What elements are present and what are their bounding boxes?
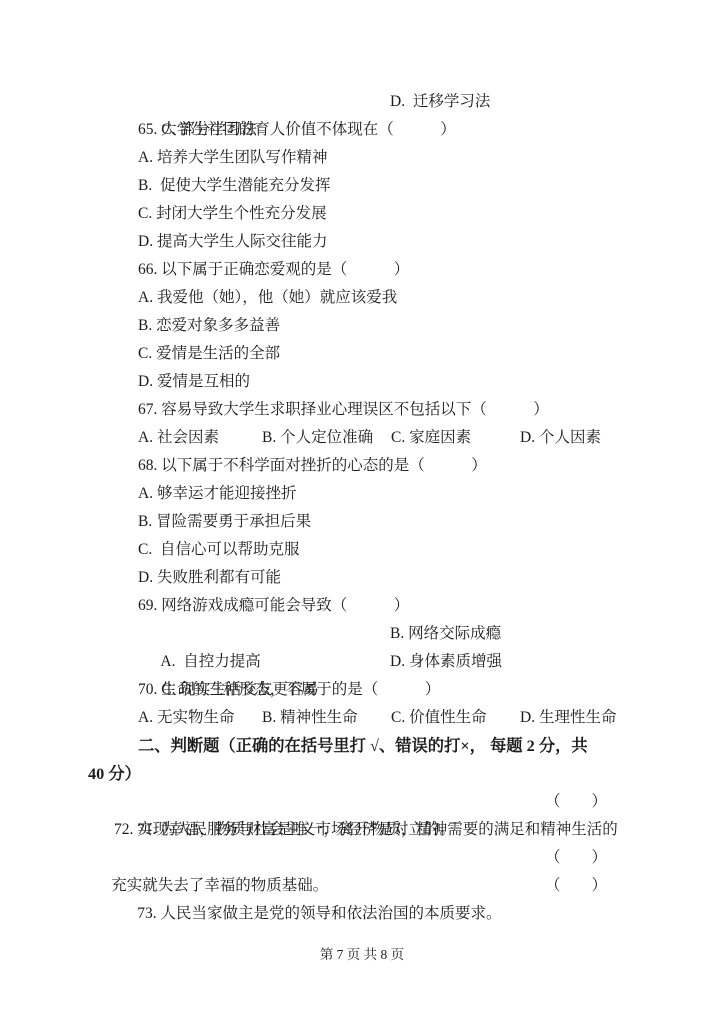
question-73-answer-parentheses: （ ） [545,872,607,900]
question-68-stem: 68. 以下属于不科学面对挫折的心态的是（ ） [0,452,724,480]
question-72-row-line2: 充实就失去了幸福的物质基础。 （ ） [0,844,724,872]
question-71-answer-parentheses: （ ） [545,788,607,816]
question-69-options-ab-row: A. 自控力提高 B. 网络交际成瘾 [0,620,724,648]
question-67-option-c: C. 家庭因素 [391,424,471,452]
question-67-option-a: A. 社会因素 [138,424,219,452]
question-65-option-a: A. 培养大学生团队写作精神 [0,144,724,172]
question-69-option-b: B. 网络交际成瘾 [390,620,501,648]
question-66-option-c: C. 爱情是生活的全部 [0,340,724,368]
judgement-section-heading-line2: 40 分） [0,760,724,788]
question-68-option-a: A. 够幸运才能迎接挫折 [0,480,724,508]
question-66-stem: 66. 以下属于正确恋爱观的是（ ） [0,256,724,284]
question-69-option-d: D. 身体素质增强 [390,648,502,676]
page-number-footer: 第 7 页 共 8 页 [0,941,724,969]
question-70-options-row: A. 无实物生命 B. 精神性生命 C. 价值性生命 D. 生理性生命 [0,704,724,732]
question-73-row: 73. 人民当家做主是党的领导和依法治国的本质要求。 （ ） [0,872,724,900]
question-71-row: 71. 为人民服务与社会主义市场经济是对立的。 （ ） [0,788,724,816]
question-72-answer-parentheses: （ ） [545,844,607,872]
question-72-text-line1: 72. 实现幸福，物质财富是唯一，离开物质，精神需要的满足和精神生活的 [0,816,724,844]
question-65-option-b: B. 促使大学生潜能充分发挥 [0,172,724,200]
question-65-option-d: D. 提高大学生人际交往能力 [0,228,724,256]
question-64-options-cd-row: C. 部分学习法 D. 迁移学习法 [0,88,724,116]
question-68-option-c: C. 自信心可以帮助克服 [0,536,724,564]
exam-page: C. 部分学习法 D. 迁移学习法 65. 大学生社团的育人价值不体现在（ ） … [0,0,724,1024]
judgement-section-heading-line1: 二、判断题（正确的在括号里打 √、错误的打×， 每题 2 分，共 [0,732,724,760]
question-70-option-c: C. 价值性生命 [391,704,487,732]
question-66-option-a: A. 我爱他（她），他（她）就应该爱我 [0,284,724,312]
question-67-option-b: B. 个人定位准确 [262,424,373,452]
question-73-text: 73. 人民当家做主是党的领导和依法治国的本质要求。 [137,905,501,922]
question-70-option-d: D. 生理性生命 [520,704,616,732]
question-65-stem: 65. 大学生社团的育人价值不体现在（ ） [0,116,724,144]
question-67-stem: 67. 容易导致大学生求职择业心理误区不包括以下（ ） [0,396,724,424]
question-65-option-c: C. 封闭大学生个性充分发展 [0,200,724,228]
question-69-options-cd-row: C. 现实生活交友更容易 D. 身体素质增强 [0,648,724,676]
question-67-options-row: A. 社会因素 B. 个人定位准确 C. 家庭因素 D. 个人因素 [0,424,724,452]
question-66-option-d: D. 爱情是互相的 [0,368,724,396]
question-66-option-b: B. 恋爱对象多多益善 [0,312,724,340]
question-70-option-a: A. 无实物生命 [138,704,234,732]
question-67-option-d: D. 个人因素 [520,424,601,452]
question-69-stem: 69. 网络游戏成瘾可能会导致（ ） [0,592,724,620]
question-70-option-b: B. 精神性生命 [262,704,358,732]
question-64-option-d: D. 迁移学习法 [390,88,490,116]
question-68-option-d: D. 失败胜利都有可能 [0,564,724,592]
question-68-option-b: B. 冒险需要勇于承担后果 [0,508,724,536]
page-content: C. 部分学习法 D. 迁移学习法 65. 大学生社团的育人价值不体现在（ ） … [0,88,724,900]
question-70-stem: 70. 生命的三种形态，不属于的是（ ） [0,676,724,704]
